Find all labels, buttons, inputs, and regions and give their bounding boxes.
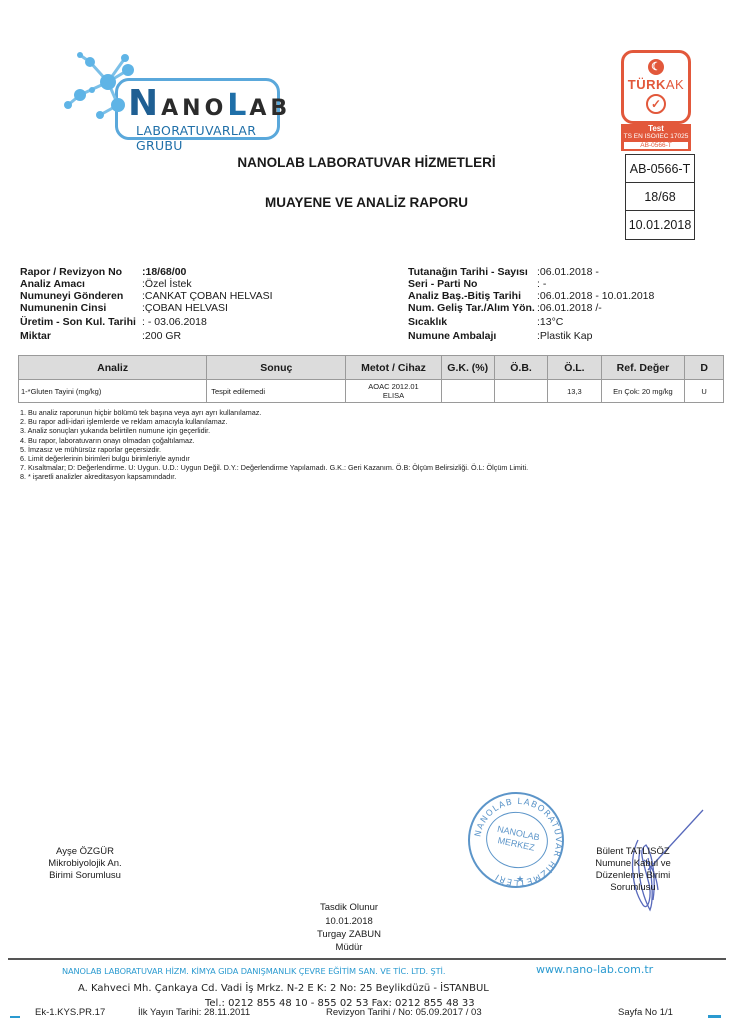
signatory-role: Düzenleme Birimi: [588, 870, 678, 882]
column-header-ol: Ö.L.: [548, 356, 601, 380]
cell-gk: [441, 380, 494, 403]
column-header-analiz: Analiz: [19, 356, 207, 380]
column-header-gk: G.K. (%): [441, 356, 494, 380]
note-item: 5. İmzasız ve mühürsüz raporlar geçersiz…: [20, 445, 528, 454]
info-row: Analiz Baş.-Bitiş Tarihi:06.01.2018 - 10…: [408, 290, 654, 302]
info-value: :Özel İstek: [142, 278, 192, 290]
logo-wordmark: NANOLAB: [128, 86, 291, 122]
info-label: Sıcaklık: [408, 316, 537, 328]
info-label: Analiz Amacı: [20, 278, 142, 290]
info-label: Analiz Baş.-Bitiş Tarihi: [408, 290, 537, 302]
turkak-name-bold: TÜRK: [628, 77, 666, 92]
signature-block-right: Bülent TATLISÖZ Numune Kabul ve Düzenlem…: [588, 846, 678, 894]
crescent-star-icon: ☾: [648, 59, 664, 75]
signatory-name: Ayşe ÖZGÜR: [35, 846, 135, 858]
info-label: Numunenin Cinsi: [20, 302, 142, 314]
info-value: :06.01.2018 /-: [537, 302, 602, 314]
info-label: Numune Ambalajı: [408, 330, 537, 342]
note-item: 2. Bu rapor adli-idari işlemlerde ve rek…: [20, 417, 528, 426]
info-value: : -: [537, 278, 546, 290]
signatory-role: Sorumlusu: [588, 882, 678, 894]
info-row: Analiz Amacı:Özel İstek: [20, 278, 273, 290]
info-value: :13°C: [537, 316, 563, 328]
logo-letters-ano: ANO: [161, 96, 227, 121]
info-label: Miktar: [20, 330, 142, 342]
footer-page-number: Sayfa No 1/1: [618, 1007, 673, 1018]
note-item: 4. Bu rapor, laboratuvarın onayı olmadan…: [20, 436, 528, 445]
signature-block-left: Ayşe ÖZGÜR Mikrobiyolojik An. Birimi Sor…: [35, 846, 135, 882]
signatory-role: Birimi Sorumlusu: [35, 870, 135, 882]
info-row: Numune Ambalajı:Plastik Kap: [408, 330, 654, 342]
report-date: 10.01.2018: [626, 211, 694, 239]
approval-label: Tasdik Olunur: [274, 902, 424, 915]
footer-divider: [8, 958, 726, 960]
column-header-sonuc: Sonuç: [207, 356, 346, 380]
info-row: Sıcaklık:13°C: [408, 316, 654, 328]
accreditation-label: Test: [621, 125, 691, 133]
footer-company-name: NANOLAB LABORATUVAR HİZM. KİMYA GIDA DAN…: [62, 966, 445, 976]
metot-line: ELISA: [346, 391, 440, 400]
note-item: 6. Limit değerlerinin birimleri bulgu bi…: [20, 454, 528, 463]
info-row: Seri - Parti No: -: [408, 278, 654, 290]
info-label: Rapor / Revizyon No: [20, 266, 142, 278]
report-title: MUAYENE VE ANALİZ RAPORU: [0, 195, 749, 210]
turkak-logo: ☾ TÜRKAK ✓: [621, 50, 691, 124]
column-header-metot: Metot / Cihaz: [346, 356, 441, 380]
turkak-name-light: AK: [666, 77, 684, 92]
accreditation-standard: TS EN ISO/IEC 17025: [621, 133, 691, 141]
info-row: Num. Geliş Tar./Alım Yön.:06.01.2018 /-: [408, 302, 654, 314]
footer-website-link[interactable]: www.nano-lab.com.tr: [536, 963, 653, 976]
cell-ref: En Çok: 20 mg/kg: [601, 380, 685, 403]
official-stamp: NANOLAB LABORATUVAR HİZMETLERİ ★ NANOLAB…: [468, 792, 564, 888]
logo-tagline: LABORATUVARLAR GRUBU: [136, 123, 290, 153]
cell-sonuc: Tespit edilemedi: [207, 380, 346, 403]
cell-metot: AOAC 2012.01ELISA: [346, 380, 441, 403]
info-label: Üretim - Son Kul. Tarihi: [20, 316, 142, 328]
info-row: Tutanağın Tarihi - Sayısı:06.01.2018 -: [408, 266, 654, 278]
info-row: Rapor / Revizyon No:18/68/00: [20, 266, 273, 278]
info-value: :ÇOBAN HELVASI: [142, 302, 228, 314]
svg-text:★: ★: [516, 874, 524, 884]
note-item: 1. Bu analiz raporunun hiçbir bölümü tek…: [20, 408, 528, 417]
signatory-name: Bülent TATLISÖZ: [588, 846, 678, 858]
info-label: Seri - Parti No: [408, 278, 537, 290]
report-title-text: MUAYENE VE ANALİZ RAPORU: [265, 195, 468, 210]
info-value: :200 GR: [142, 330, 181, 342]
results-table: Analiz Sonuç Metot / Cihaz G.K. (%) Ö.B.…: [18, 355, 724, 403]
accreditation-banner: Test TS EN ISO/IEC 17025 AB-0566-T: [621, 124, 691, 151]
sample-info-right: Tutanağın Tarihi - Sayısı:06.01.2018 - S…: [408, 266, 654, 342]
info-row: Üretim - Son Kul. Tarihi: - 03.06.2018: [20, 316, 273, 328]
note-item: 3. Analiz sonuçları yukarıda belirtilen …: [20, 426, 528, 435]
accreditation-code: AB-0566-T: [624, 142, 688, 149]
info-value: :06.01.2018 - 10.01.2018: [537, 290, 654, 302]
info-label: Num. Geliş Tar./Alım Yön.: [408, 302, 537, 314]
scan-mark-left: [10, 1016, 20, 1018]
info-value: :06.01.2018 -: [537, 266, 599, 278]
table-header-row: Analiz Sonuç Metot / Cihaz G.K. (%) Ö.B.…: [19, 356, 724, 380]
info-row: Numunenin Cinsi:ÇOBAN HELVASI: [20, 302, 273, 314]
logo-letter-l: L: [227, 88, 249, 123]
cell-analiz: 1-*Gluten Tayini (mg/kg): [19, 380, 207, 403]
note-item: 8. * işaretli analizler akreditasyon kap…: [20, 472, 528, 481]
turkak-name: TÜRKAK: [624, 77, 688, 92]
cell-ol: 13,3: [548, 380, 601, 403]
column-header-d: D: [685, 356, 724, 380]
note-item: 7. Kısaltmalar; D: Değerlendirme. U: Uyg…: [20, 463, 528, 472]
footer-address: A. Kahveci Mh. Çankaya Cd. Vadi İş Mrkz.…: [78, 983, 489, 994]
footer-first-publication: İlk Yayın Tarihi: 28.11.2011: [138, 1007, 250, 1018]
approver-name: Turgay ZABUN: [274, 929, 424, 942]
lab-title-text: NANOLAB LABORATUVAR HİZMETLERİ: [237, 155, 495, 170]
info-label: Tutanağın Tarihi - Sayısı: [408, 266, 537, 278]
logo-letters-ab: AB: [249, 96, 291, 121]
column-header-ref: Ref. Değer: [601, 356, 685, 380]
info-row: Miktar:200 GR: [20, 330, 273, 342]
approval-date: 10.01.2018: [274, 916, 424, 929]
approver-title: Müdür: [274, 942, 424, 955]
info-value: : - 03.06.2018: [142, 316, 207, 328]
table-row: 1-*Gluten Tayini (mg/kg) Tespit edilemed…: [19, 380, 724, 403]
signatory-role: Numune Kabul ve: [588, 858, 678, 870]
info-label: Numuneyi Gönderen: [20, 290, 142, 302]
cell-ob: [494, 380, 547, 403]
metot-line: AOAC 2012.01: [346, 382, 440, 391]
signatory-role: Mikrobiyolojik An.: [35, 858, 135, 870]
footer-doc-code: Ek-1.KYS.PR.17: [35, 1007, 105, 1018]
info-value: :CANKAT ÇOBAN HELVASI: [142, 290, 273, 302]
info-row: Numuneyi Gönderen:CANKAT ÇOBAN HELVASI: [20, 290, 273, 302]
notes-list: 1. Bu analiz raporunun hiçbir bölümü tek…: [20, 408, 528, 482]
lab-title: NANOLAB LABORATUVAR HİZMETLERİ: [0, 155, 749, 170]
cell-d: U: [685, 380, 724, 403]
approval-block: Tasdik Olunur 10.01.2018 Turgay ZABUN Mü…: [274, 902, 424, 954]
column-header-ob: Ö.B.: [494, 356, 547, 380]
info-value: :18/68/00: [142, 266, 186, 278]
footer-revision: Revizyon Tarihi / No: 05.09.2017 / 03: [326, 1007, 482, 1018]
checkmark-icon: ✓: [646, 94, 666, 114]
logo-letter-n: N: [128, 83, 161, 124]
sample-info-left: Rapor / Revizyon No:18/68/00 Analiz Amac…: [20, 266, 273, 342]
info-value: :Plastik Kap: [537, 330, 592, 342]
nanolab-logo: NANOLAB LABORATUVARLAR GRUBU: [50, 50, 290, 150]
scan-mark-right: [708, 1015, 721, 1018]
